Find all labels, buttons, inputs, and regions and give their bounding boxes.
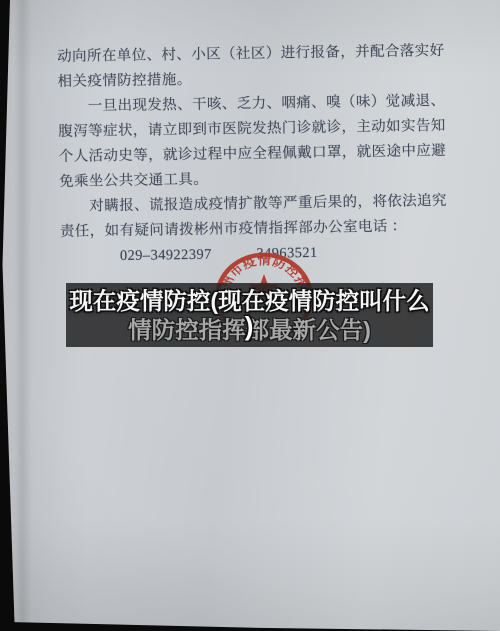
caption-subtitle: 情防控指挥部最新公告) ) [66,316,433,345]
photo-frame: 动向所在单位、村、小区（社区）进行报备，并配合落实好相关疫情防控措施。 一旦出现… [0,0,500,631]
document-text-block: 动向所在单位、村、小区（社区）进行报备，并配合落实好相关疫情防控措施。 一旦出现… [57,39,452,270]
caption-overlay: 现在疫情防控(现在疫情防控叫什么 情防控指挥部最新公告) ) [66,283,433,347]
paper-crease [14,0,32,631]
caption-closing-paren: ) [245,312,254,341]
